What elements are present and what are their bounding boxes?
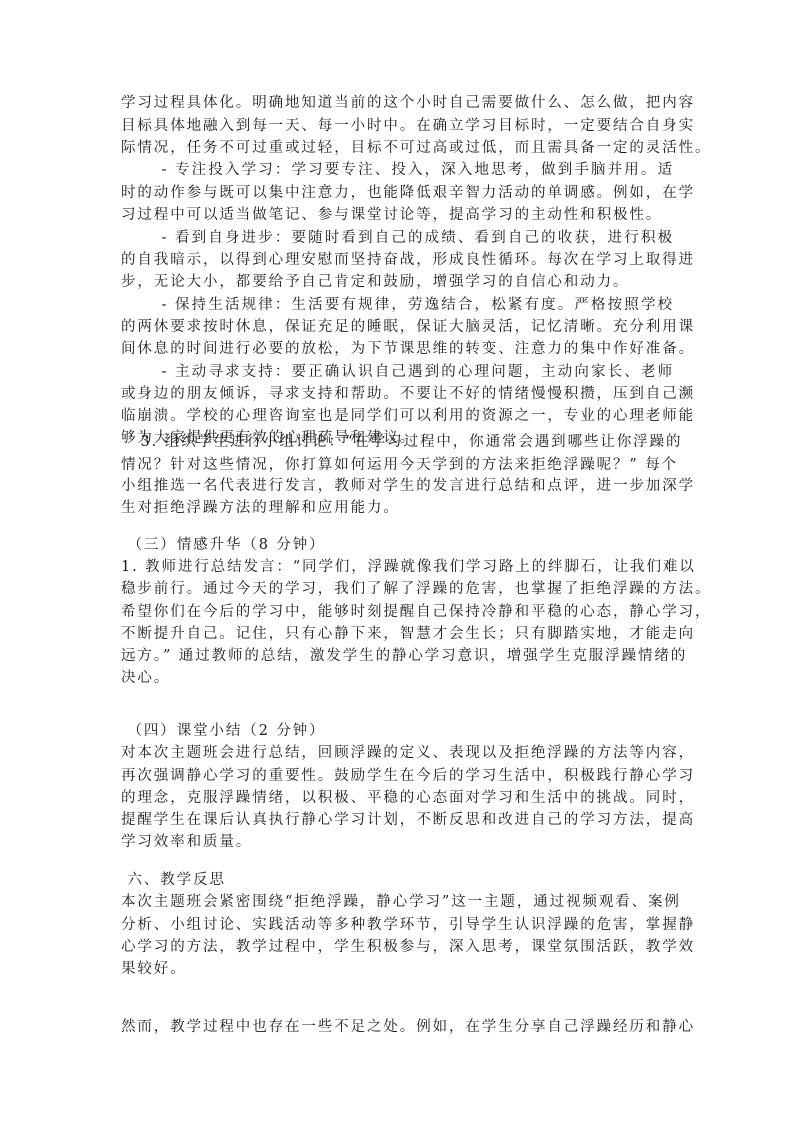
text-line: 决心。 [121, 667, 674, 689]
text-line: 的自我暗示，以得到心理安慰而坚持奋战，形成良性循环。每次在学习上取得进 [121, 249, 674, 271]
text-line: 本次主题班会紧密围绕“拒绝浮躁，静心学习”这一主题，通过视频观看、案例 [121, 891, 674, 913]
text-line: 间休息的时间进行必要的放松，为下节课思维的转变、注意力的集中作好准备。 [121, 338, 674, 360]
text-line: 果较好。 [121, 958, 674, 980]
text-line: 心学习的方法，教学过程中，学生积极参与，深入思考，课堂氛围活跃，教学效 [121, 936, 674, 958]
text-line: 目标具体地融入到每一天、每一小时中。在确立学习目标时，一定要结合自身实 [121, 115, 674, 137]
text-line: 希望你们在今后的学习中，能够时刻提醒自己保持冷静和平稳的心态，静心学习， [121, 601, 674, 623]
section-heading-reflection: 六、教学反思 [121, 869, 674, 891]
text-line: 提醒学生在课后认真执行静心学习计划，不断反思和改进自己的学习方法，提高 [121, 809, 674, 831]
text-line: 小组推选一名代表进行发言，教师对学生的发言进行总结和点评，进一步加深学 [121, 475, 674, 497]
text-line: 的两休要求按时休息，保证充足的睡眠，保证大脑灵活，记忆清晰。充分利用课 [121, 316, 674, 338]
text-line: 不断提升自己。记住，只有心静下来，智慧才会生长；只有脚踏实地，才能走向 [121, 623, 674, 645]
text-line: 习过程中可以适当做笔记、参与课堂讨论等，提高学习的主动性和积极性。 [121, 204, 674, 226]
text-line: 稳步前行。通过今天的学习，我们了解了浮躁的危害，也掌握了拒绝浮躁的方法。 [121, 578, 674, 600]
text-line: 临崩溃。学校的心理咨询室也是同学们可以利用的资源之一，专业的心理老师能 [121, 405, 674, 427]
section-heading-summary: （四）课堂小结（2 分钟） [121, 720, 674, 742]
text-line: 际情况，任务不可过重或过轻，目标不可过高或过低，而且需具备一定的灵活性。 [121, 137, 674, 159]
text-line: 对本次主题班会进行总结，回顾浮躁的定义、表现以及拒绝浮躁的方法等内容， [121, 742, 674, 764]
text-line: 情况？针对这些情况，你打算如何运用今天学到的方法来拒绝浮躁呢？” 每个 [121, 454, 674, 476]
section-heading-emotion: （三）情感升华（8 分钟） [121, 534, 674, 556]
text-line: 时的动作参与既可以集中注意力，也能降低艰辛智力活动的单调感。例如，在学 [121, 182, 674, 204]
text-line: 再次强调静心学习的重要性。鼓励学生在今后的学习生活中，积极践行静心学习 [121, 765, 674, 787]
discussion-item: 3. 组织学生进行小组讨论：“在学习过程中，你通常会遇到哪些让你浮躁的 [121, 431, 674, 453]
bullet-progress: - 看到自身进步：要随时看到自己的成绩、看到自己的收获，进行积极 [121, 227, 674, 249]
text-line: 然而，教学过程中也存在一些不足之处。例如，在学生分享自己浮躁经历和静心 [121, 1016, 674, 1038]
text-line: 1. 教师进行总结发言：“同学们，浮躁就像我们学习路上的绊脚石，让我们难以 [121, 556, 674, 578]
text-line: 学习效率和质量。 [121, 831, 674, 853]
text-line: 步，无论大小，都要给予自己肯定和鼓励，增强学习的自信心和动力。 [121, 271, 674, 293]
bullet-focus: - 专注投入学习：学习要专注、投入，深入地思考，做到手脑并用。适 [121, 159, 674, 181]
bullet-routine: - 保持生活规律：生活要有规律，劳逸结合，松紧有度。严格按照学校 [121, 294, 674, 316]
text-line: 远方。” 通过教师的总结，激发学生的静心学习意识，增强学生克服浮躁情绪的 [121, 645, 674, 667]
text-line: 生对拒绝浮躁方法的理解和应用能力。 [121, 497, 674, 519]
text-line: 的理念，克服浮躁情绪，以积极、平稳的心态面对学习和生活中的挑战。同时， [121, 787, 674, 809]
bullet-support: - 主动寻求支持：要正确认识自己遇到的心理问题，主动向家长、老师 [121, 361, 674, 383]
text-line: 学习过程具体化。明确地知道当前的这个小时自己需要做什么、怎么做，把内容 [121, 92, 674, 114]
text-line: 分析、小组讨论、实践活动等多种教学环节，引导学生认识浮躁的危害，掌握静 [121, 914, 674, 936]
document-page: 学习过程具体化。明确地知道当前的这个小时自己需要做什么、怎么做，把内容 目标具体… [0, 0, 793, 1122]
text-line: 或身边的朋友倾诉，寻求支持和帮助。不要让不好的情绪慢慢积攒，压到自己濒 [121, 383, 674, 405]
